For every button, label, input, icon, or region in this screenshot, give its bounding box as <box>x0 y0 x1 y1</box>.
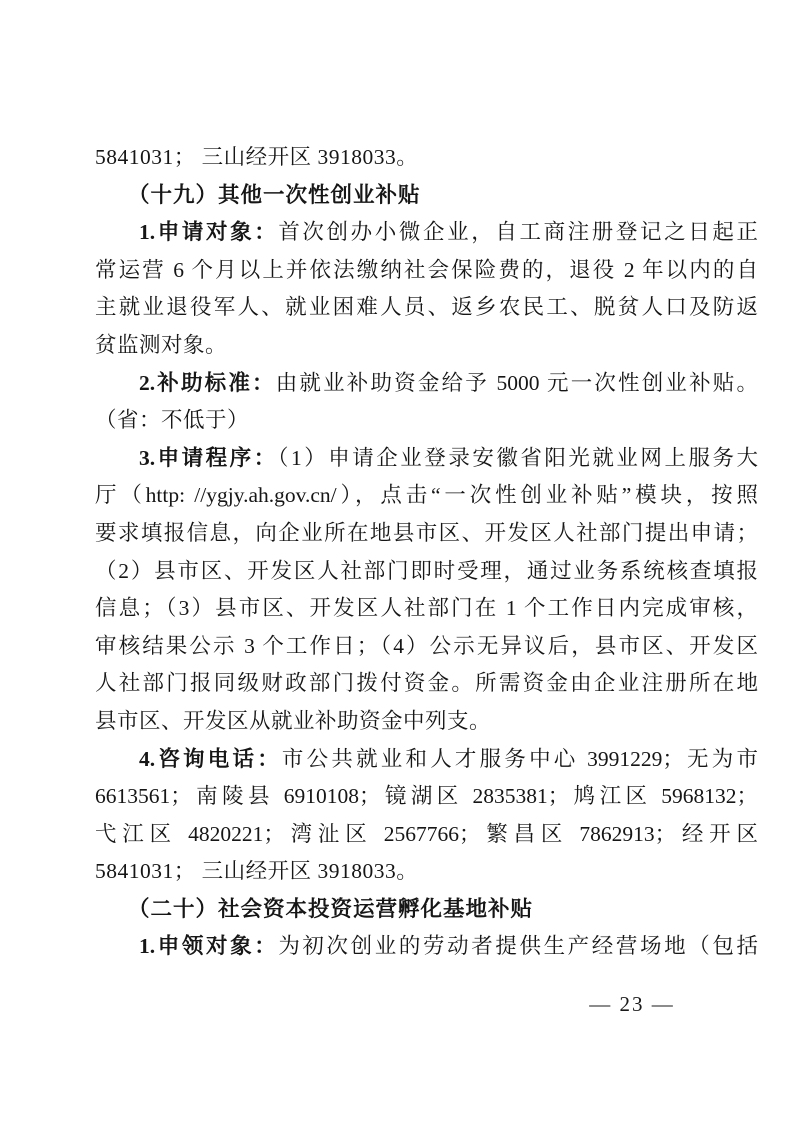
text-segment: 5841031； 三山经开区 3918033。 <box>95 859 418 883</box>
section-heading-19: （十九）其他一次性创业补贴 <box>95 177 758 215</box>
text-line: 要求填报信息，向企业所在地县市区、开发区人社部门提出申请； <box>95 515 758 553</box>
text-line: 常运营 6 个月以上并依法缴纳社会保险费的，退役 2 年以内的自 <box>95 252 758 290</box>
para-procedure-19: 3.申请程序：（1）申请企业登录安徽省阳光就业网上服务大 <box>95 440 758 478</box>
text-line: 信息；（3）县市区、开发区人社部门在 1 个工作日内完成审核， <box>95 590 758 628</box>
bold-label: （二十）社会资本投资运营孵化基地补贴 <box>128 897 533 921</box>
text-line: 6613561；南陵县 6910108；镜湖区 2835381；鸠江区 5968… <box>95 778 758 816</box>
page-number: — 23 — <box>558 992 706 1017</box>
text-segment: （1）申请企业登录安徽省阳光就业网上服务大 <box>278 446 758 470</box>
bold-label: （十九）其他一次性创业补贴 <box>128 183 421 207</box>
text-segment: 6613561；南陵县 6910108；镜湖区 2835381；鸠江区 5968… <box>95 784 758 808</box>
text-line: 县市区、开发区从就业补助资金中列支。 <box>95 703 758 741</box>
text-segment: 常运营 6 个月以上并依法缴纳社会保险费的，退役 2 年以内的自 <box>95 258 758 282</box>
text-line: 弋江区 4820221；湾沚区 2567766；繁昌区 7862913；经开区 <box>95 816 758 854</box>
para-applicant-19: 1.申请对象：首次创办小微企业，自工商注册登记之日起正 <box>95 214 758 252</box>
text-line: （2）县市区、开发区人社部门即时受理，通过业务系统核查填报 <box>95 553 758 591</box>
text-segment: 审核结果公示 3 个工作日；（4）公示无异议后，县市区、开发区 <box>95 634 758 658</box>
text-line: 5841031； 三山经开区 3918033。 <box>95 853 758 891</box>
text-segment: 信息；（3）县市区、开发区人社部门在 1 个工作日内完成审核， <box>95 596 758 620</box>
text-segment: 主就业退役军人、就业困难人员、返乡农民工、脱贫人口及防返 <box>95 295 758 319</box>
text-segment: 要求填报信息，向企业所在地县市区、开发区人社部门提出申请； <box>95 521 758 545</box>
text-segment: 弋江区 4820221；湾沚区 2567766；繁昌区 7862913；经开区 <box>95 822 758 846</box>
text-line: 厅（http: //ygjy.ah.gov.cn/），点击“一次性创业补贴”模块… <box>95 477 758 515</box>
text-segment: 为初次创业的劳动者提供生产经营场地（包括 <box>278 934 758 958</box>
bold-label: 4.咨询电话： <box>139 747 282 771</box>
bold-label: 1.申请对象： <box>139 220 278 244</box>
text-line: 贫监测对象。 <box>95 327 758 365</box>
text-block: 5841031； 三山经开区 3918033。（十九）其他一次性创业补贴1.申请… <box>95 139 758 966</box>
text-segment: 5841031； 三山经开区 3918033。 <box>95 145 418 169</box>
text-segment: （省：不低于） <box>95 408 249 432</box>
text-segment: 厅（http: //ygjy.ah.gov.cn/），点击“一次性创业补贴”模块… <box>95 483 758 507</box>
bold-label: 1.申领对象： <box>139 934 278 958</box>
text-segment: 贫监测对象。 <box>95 333 227 357</box>
text-segment: 首次创办小微企业，自工商注册登记之日起正 <box>278 220 758 244</box>
text-segment: 由就业补助资金给予 5000 元一次性创业补贴。 <box>276 371 758 395</box>
text-segment: 市公共就业和人才服务中心 3991229；无为市 <box>282 747 758 771</box>
section-heading-20: （二十）社会资本投资运营孵化基地补贴 <box>95 891 758 929</box>
text-segment: 县市区、开发区从就业补助资金中列支。 <box>95 709 491 733</box>
document-page: 5841031； 三山经开区 3918033。（十九）其他一次性创业补贴1.申请… <box>0 0 793 1122</box>
bold-label: 2.补助标准： <box>139 371 276 395</box>
text-line: 人社部门报同级财政部门拨付资金。所需资金由企业注册所在地 <box>95 665 758 703</box>
text-line: 主就业退役军人、就业困难人员、返乡农民工、脱贫人口及防返 <box>95 289 758 327</box>
text-line: 审核结果公示 3 个工作日；（4）公示无异议后，县市区、开发区 <box>95 628 758 666</box>
para-subsidy-standard-19: 2.补助标准：由就业补助资金给予 5000 元一次性创业补贴。 <box>95 365 758 403</box>
para-applicant-20: 1.申领对象：为初次创业的劳动者提供生产经营场地（包括 <box>95 928 758 966</box>
text-segment: 人社部门报同级财政部门拨付资金。所需资金由企业注册所在地 <box>95 671 758 695</box>
para-phone-19: 4.咨询电话：市公共就业和人才服务中心 3991229；无为市 <box>95 741 758 779</box>
bold-label: 3.申请程序： <box>139 446 278 470</box>
text-segment: （2）县市区、开发区人社部门即时受理，通过业务系统核查填报 <box>95 559 758 583</box>
text-line-continuation: 5841031； 三山经开区 3918033。 <box>95 139 758 177</box>
text-line: （省：不低于） <box>95 402 758 440</box>
